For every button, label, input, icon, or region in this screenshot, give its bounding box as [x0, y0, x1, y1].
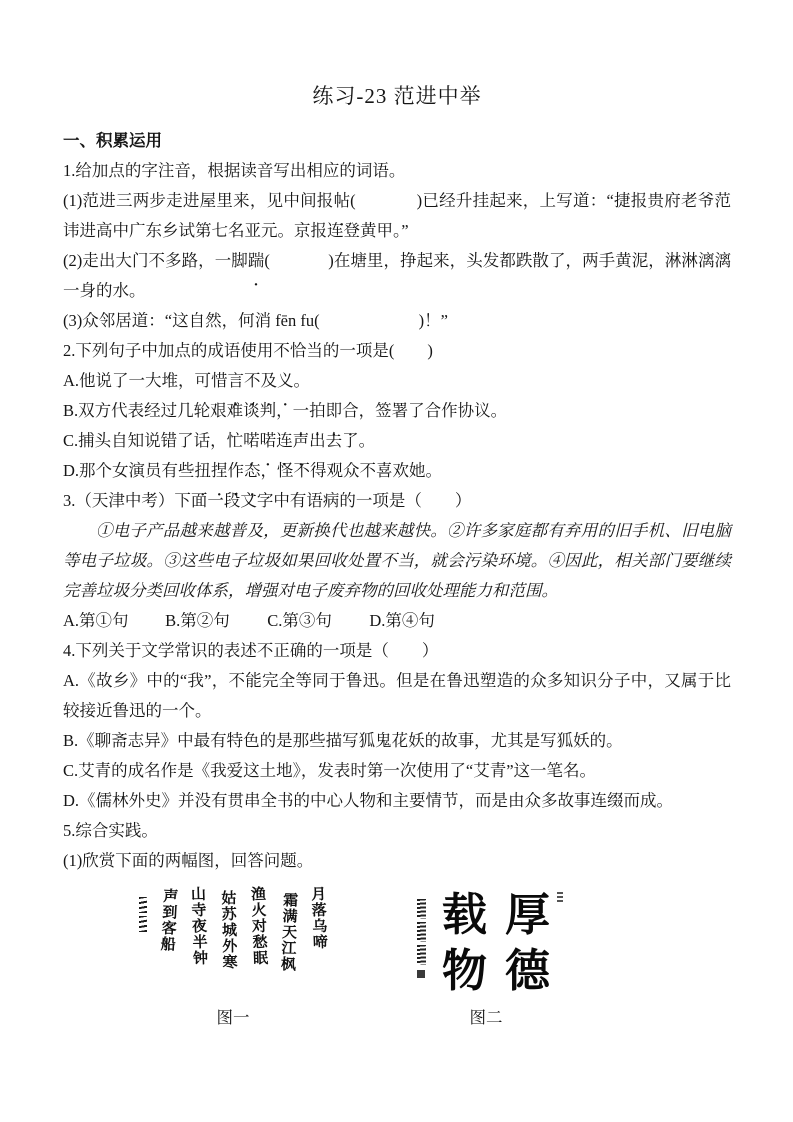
q3-option-c: C.第③句: [267, 606, 365, 636]
calligraphy-column-5: 山寺夜半钟: [187, 886, 210, 967]
clerical-calligraphy-houde-zaiwu: 厚 德 载 物: [411, 886, 561, 998]
q3-option-b: B.第②句: [165, 606, 263, 636]
q2-stem: 2.下列句子中加点的成语使用不恰当的一项是( ): [63, 336, 731, 366]
big-char-de: 德: [505, 948, 550, 993]
signature-marks: [138, 894, 148, 935]
q2-option-a: A.他说了一大堆，可惜言不及义。: [63, 366, 731, 396]
calligraphy-column-6: 声到客船: [156, 888, 179, 953]
section-heading: 一、积累运用: [63, 126, 731, 156]
q3-stem: 3.（天津中考）下面一段文字中有语病的一项是（ ）: [63, 486, 731, 516]
q4-option-c: C.艾青的成名作是《我爱这土地》，发表时第一次使用了“艾青”这一笔名。: [63, 756, 731, 786]
figures-row: 月落乌啼 霜满天江枫 渔火对愁眠 姑苏城外寒 山寺夜半钟 声到客船 图一: [63, 886, 731, 1046]
figure-2-caption: 图二: [411, 1007, 561, 1029]
calligraphy-column-1: 月落乌啼: [307, 886, 329, 951]
q1-item-1: (1)范进三两步走进屋里来，见中间报帖( )已经升挂起来，上写道：“捷报贵府老爷…: [63, 186, 731, 246]
q5-stem: 5.综合实践。: [63, 816, 731, 846]
calligraphy-column-4: 姑苏城外寒: [217, 890, 238, 970]
calligraphy-column-2: 霜满天江枫: [277, 892, 300, 973]
cursive-calligraphy-poem: 月落乌啼 霜满天江枫 渔火对愁眠 姑苏城外寒 山寺夜半钟 声到客船: [130, 886, 336, 998]
q2-option-d: D.那个女演员有些扭捏作态，怪不得观众不喜欢她。: [63, 456, 731, 486]
q4-option-d: D.《儒林外史》并没有贯串全书的中心人物和主要情节，而是由众多故事连缀而成。: [63, 786, 731, 816]
q2-option-b: B.双方代表经过几轮艰难谈判，一拍即合，签署了合作协议。: [63, 396, 731, 426]
signature-marks: [413, 896, 429, 978]
q3-option-a: A.第①句: [63, 606, 161, 636]
calligraphy-column-3: 渔火对愁眠: [247, 886, 270, 967]
q4-option-a: A.《故乡》中的“我”，不能完全等同于鲁迅。但是在鲁迅塑造的众多知识分子中，又属…: [63, 666, 731, 726]
worksheet-page: 练习-23 范进中举 一、积累运用 1.给加点的字注音，根据读音写出相应的词语。…: [0, 0, 793, 1122]
q3-passage: ①电子产品越来越普及，更新换代也越来越快。②许多家庭都有弃用的旧手机、旧电脑等电…: [63, 516, 731, 606]
small-stamp-icon: [557, 892, 563, 904]
q4-stem: 4.下列关于文学常识的表述不正确的一项是（ ）: [63, 636, 731, 666]
big-char-hou: 厚: [505, 892, 550, 937]
q3-options-row: A.第①句 B.第②句 C.第③句 D.第④句: [63, 606, 731, 636]
figure-1: 月落乌啼 霜满天江枫 渔火对愁眠 姑苏城外寒 山寺夜半钟 声到客船 图一: [130, 886, 336, 1029]
figure-1-caption: 图一: [130, 1007, 336, 1029]
q1-item-2: (2)走出大门不多路，一脚踹( )在塘里，挣起来，头发都跌散了，两手黄泥，淋淋漓…: [63, 246, 731, 306]
q2-option-c: C.捕头自知说错了话，忙喏喏连声出去了。: [63, 426, 731, 456]
q1-stem: 1.给加点的字注音，根据读音写出相应的词语。: [63, 156, 731, 186]
big-char-wu: 物: [442, 948, 487, 993]
worksheet-content: 练习-23 范进中举 一、积累运用 1.给加点的字注音，根据读音写出相应的词语。…: [63, 82, 731, 1046]
q5-sub-1: (1)欣赏下面的两幅图，回答问题。: [63, 846, 731, 876]
q3-option-d: D.第④句: [369, 606, 467, 636]
q1-item-3: (3)众邻居道：“这自然，何消 fēn fu( )！”: [63, 306, 731, 336]
big-char-zai: 载: [442, 892, 487, 937]
seal-stamp-icon: [417, 970, 425, 978]
q4-option-b: B.《聊斋志异》中最有特色的是那些描写狐鬼花妖的故事，尤其是写狐妖的。: [63, 726, 731, 756]
page-title: 练习-23 范进中举: [63, 82, 731, 110]
big-characters-grid: 厚 德 载 物: [433, 886, 559, 998]
figure-2: 厚 德 载 物 图二: [411, 886, 561, 1029]
